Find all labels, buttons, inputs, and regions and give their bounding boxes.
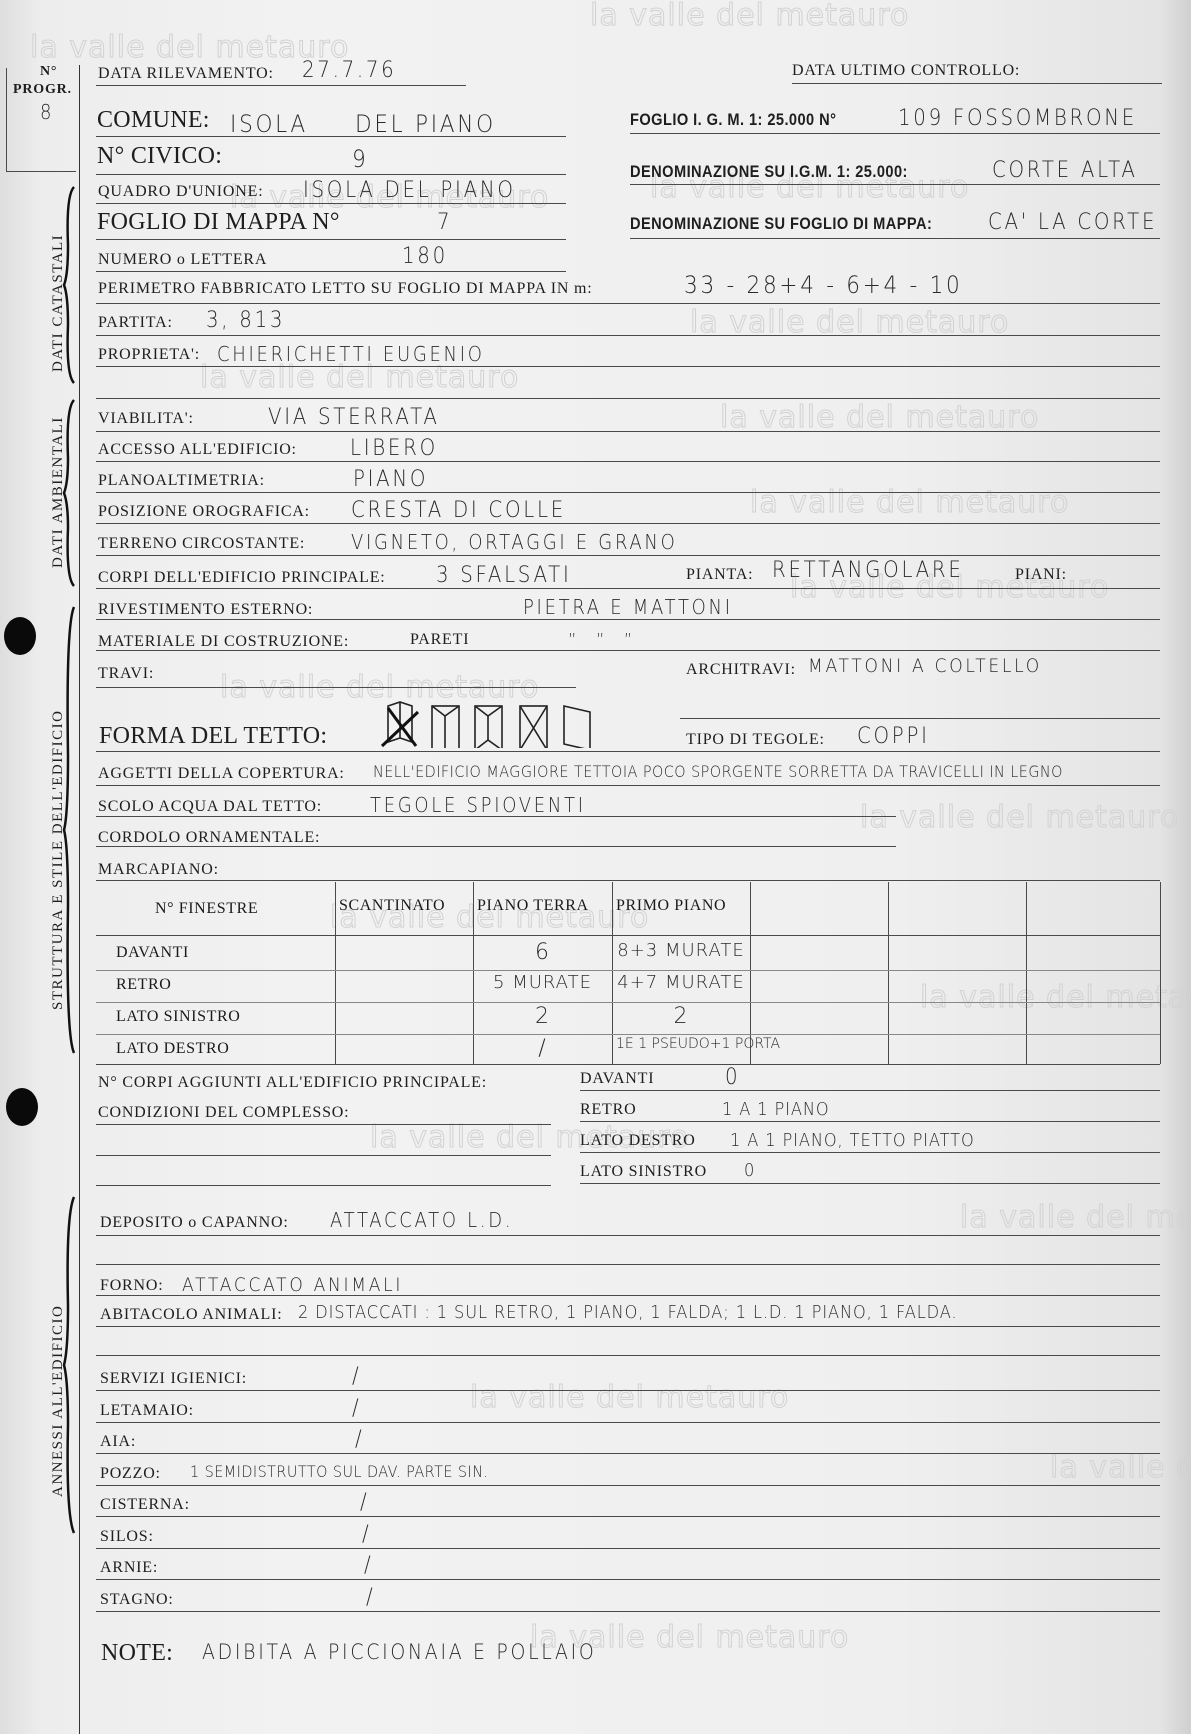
finestre-row-label: LATO SINISTRO [116,1008,240,1026]
partita-value[interactable]: 3, 813 [206,308,285,333]
denominazione-mappa-value[interactable]: CA' LA CORTE [988,210,1157,235]
brace-annessi [62,1195,78,1535]
numero-lettera-value[interactable]: 180 [402,244,448,269]
binder-hole-bottom [6,1088,38,1126]
tipo-tegole-value[interactable]: COPPI [857,724,930,749]
corpi-retro-value[interactable]: 1 A 1 PIANO [722,1099,830,1120]
finestre-cell[interactable]: 6 [477,940,608,965]
forno-value[interactable]: ATTACCATO ANIMALI [182,1274,403,1296]
finestre-row-label: DAVANTI [116,944,189,962]
corpi-value[interactable]: 3 SFALSATI [436,563,571,588]
comune-value-2[interactable]: DEL PIANO [355,110,496,138]
perimetro-value[interactable]: 33 - 28+4 - 6+4 - 10 [684,271,962,299]
finestre-col-header: PIANO TERRA [477,897,589,915]
finestre-row-label: LATO DESTRO [116,1040,229,1058]
accesso-value[interactable]: LIBERO [350,436,438,461]
architravi-value[interactable]: MATTONI A COLTELLO [808,655,1042,677]
progr-number: 8 [40,100,54,124]
data-rilevamento-value[interactable]: 27.7.76 [302,58,396,83]
finestre-col-header: PRIMO PIANO [616,897,726,915]
abitacolo-value[interactable]: 2 DISTACCATI : 1 SUL RETRO, 1 PIANO, 1 F… [298,1302,957,1323]
annessi-value-pozzo[interactable]: 1 SEMIDISTRUTTO SUL DAV. PARTE SIN. [190,1462,488,1481]
finestre-cell[interactable]: 1E 1 PSEUDO+1 PORTA [616,1036,746,1052]
finestre-cell[interactable]: 8+3 MURATE [616,940,746,961]
annessi-label-aia: AIA: [100,1433,136,1451]
finestre-header: N° FINESTRE [155,900,258,918]
annessi-value-stagno[interactable]: / [366,1585,375,1610]
annessi-value-servizi[interactable]: / [352,1364,361,1389]
corpi-davanti-value[interactable]: 0 [725,1065,740,1090]
deposito-value[interactable]: ATTACCATO L.D. [330,1208,513,1232]
finestre-cell[interactable]: 2 [616,1004,746,1029]
roof-option-capanna[interactable] [429,698,463,748]
annessi-value-letamaio[interactable]: / [352,1396,361,1421]
scolo-value[interactable]: TEGOLE SPIOVENTI [370,793,586,817]
terreno-value[interactable]: VIGNETO, ORTAGGI E GRANO [351,530,677,554]
annessi-label-servizi: SERVIZI IGIENICI: [100,1370,247,1388]
rivestimento-value[interactable]: PIETRA E MATTONI [523,595,733,619]
denominazione-igm-value[interactable]: CORTE ALTA [992,158,1138,183]
roof-option-padiglione-allungato[interactable] [472,698,506,748]
brace-struttura [62,605,78,1055]
comune-value-1[interactable]: ISOLA [230,110,308,138]
materiale-value[interactable]: ” ” ” [568,630,639,651]
annessi-label-stagno: STAGNO: [100,1591,174,1609]
roof-option-padiglione-quadrato[interactable] [517,698,551,748]
annessi-value-silos[interactable]: / [362,1522,371,1547]
survey-form-page: la valle del metauro la valle del metaur… [0,0,1191,1734]
finestre-cell[interactable]: 5 MURATE [477,972,608,993]
finestre-row-label: RETRO [116,976,171,994]
foglio-mappa-value[interactable]: 7 [437,210,452,235]
brace-ambientali [62,398,78,588]
posizione-value[interactable]: CRESTA DI COLLE [351,498,566,523]
finestre-cell[interactable]: / [477,1036,608,1061]
brace-catastali [62,185,78,385]
annessi-label-pozzo: POZZO: [100,1465,161,1483]
finestre-col-header: SCANTINATO [339,897,445,915]
corpi-lato-destro-value[interactable]: 1 A 1 PIANO, TETTO PIATTO [730,1130,975,1151]
aggetti-value[interactable]: NELL'EDIFICIO MAGGIORE TETTOIA POCO SPOR… [373,762,1063,781]
corpi-lato-sinistro-value[interactable]: 0 [744,1160,757,1181]
finestre-cell[interactable]: 2 [477,1004,608,1029]
civico-value[interactable]: 9 [352,145,368,173]
annessi-label-silos: SILOS: [100,1528,154,1546]
annessi-label-arnie: ARNIE: [100,1559,158,1577]
pianta-value[interactable]: RETTANGOLARE [772,558,964,583]
proprieta-value[interactable]: CHIERICHETTI EUGENIO [217,342,485,366]
annessi-value-arnie[interactable]: / [364,1553,373,1578]
quadro-unione-value[interactable]: ISOLA DEL PIANO [303,178,516,203]
annessi-label-letamaio: LETAMAIO: [100,1402,194,1420]
planoaltimetria-value[interactable]: PIANO [353,467,428,492]
note-value[interactable]: ADIBITA A PICCIONAIA E POLLAIO [202,1640,596,1664]
roof-option-padiglione-selected[interactable] [380,698,420,748]
roof-option-falda-unica[interactable] [560,698,594,748]
main-left-border [79,65,80,1734]
viabilita-value[interactable]: VIA STERRATA [268,405,440,430]
annessi-value-aia[interactable]: / [355,1427,364,1452]
annessi-value-cisterna[interactable]: / [360,1490,369,1515]
foglio-igm-value[interactable]: 109 FOSSOMBRONE [898,106,1137,131]
binder-hole-top [4,617,36,655]
finestre-cell[interactable]: 4+7 MURATE [616,972,746,993]
annessi-label-cisterna: CISTERNA: [100,1496,190,1514]
